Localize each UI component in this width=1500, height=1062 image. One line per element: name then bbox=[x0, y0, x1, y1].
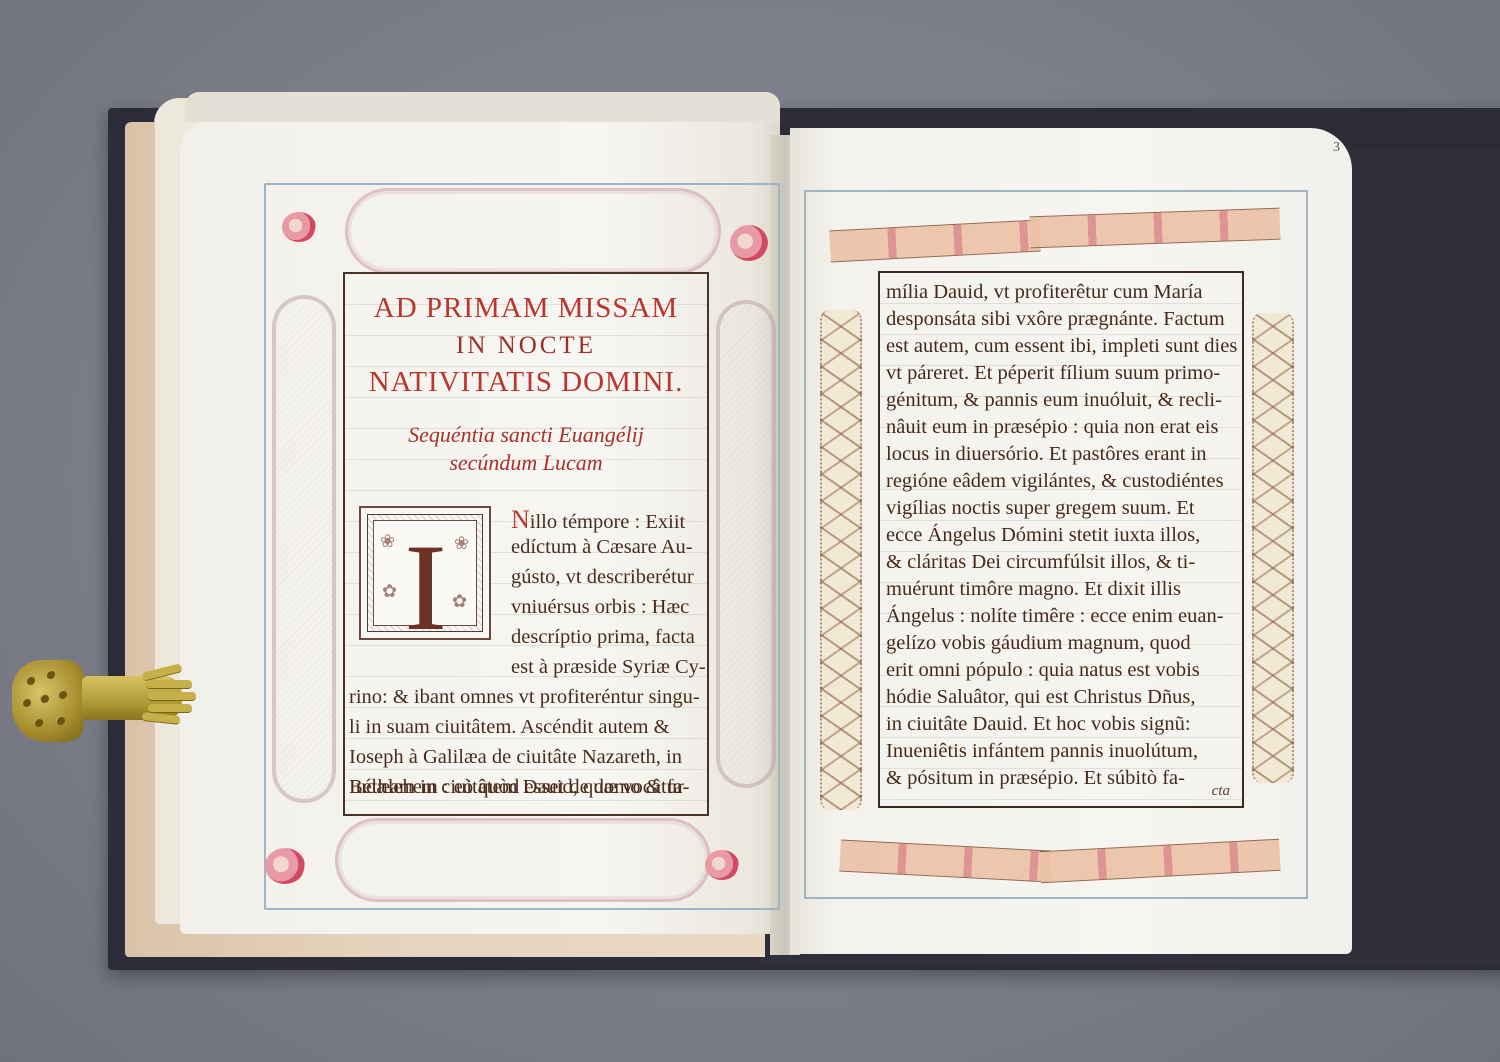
initial-letter: I bbox=[374, 517, 476, 659]
rubric-letter: N bbox=[511, 505, 530, 534]
text-line: & pósitum in præsépio. Et súbitò fa- bbox=[886, 767, 1185, 790]
text-line: desponsáta sibi vxôre prægnánte. Factum bbox=[886, 308, 1225, 331]
top-cartouche-left bbox=[345, 188, 721, 274]
initial-field: ❀ ❀ ✿ ✿ I bbox=[373, 520, 477, 626]
text-line: vt páreret. Et péperit fílium suum primo… bbox=[886, 362, 1220, 385]
text-line: nâuit eum in præsépio : quia non erat ei… bbox=[886, 416, 1218, 439]
clip-cuff bbox=[12, 660, 84, 742]
text-line: vigílias noctis super gregem suum. Et bbox=[886, 497, 1195, 520]
text-line: regióne eâdem vigilántes, & custodiéntes bbox=[886, 470, 1224, 493]
text-line: génitum, & pannis eum inuóluit, & recli- bbox=[886, 389, 1222, 412]
text-line: descríptio prima, facta bbox=[511, 626, 695, 649]
text-line: & cláritas Dei circumfúlsit illos, & ti- bbox=[886, 551, 1195, 574]
text-line: muérunt timôre magno. Et dixit illis bbox=[886, 578, 1181, 601]
text-line: Ioseph à Galilæa de ciuitâte Nazareth, i… bbox=[349, 746, 682, 769]
flower-ornament bbox=[265, 848, 305, 884]
left-vertical-cartouche bbox=[272, 295, 336, 803]
text-line: edíctum à Cæsare Au- bbox=[511, 536, 693, 559]
flower-ornament bbox=[282, 212, 316, 242]
flower-ornament bbox=[730, 225, 768, 261]
title-line-2: IN NOCTE bbox=[345, 332, 707, 360]
twisted-column-ornament bbox=[820, 310, 862, 810]
text-line: est à præside Syriæ Cy- bbox=[511, 656, 706, 679]
text-line: gústo, vt describerétur bbox=[511, 566, 694, 589]
clip-hand bbox=[82, 676, 182, 720]
catchword: cta bbox=[1212, 783, 1230, 800]
illuminated-initial: ❀ ❀ ✿ ✿ I bbox=[359, 506, 491, 640]
right-text-block: mília Dauid, vt profiterêtur cum María d… bbox=[878, 271, 1244, 808]
text-line: li in suam ciuitâtem. Ascéndit autem & bbox=[349, 716, 670, 739]
text-line: Béthlehem : eò quòd esset de domo & fa- bbox=[349, 776, 689, 799]
subtitle-line-1: Sequéntia sancti Euangélij bbox=[345, 422, 707, 448]
text-line: gelízo vobis gáudium magnum, quod bbox=[886, 632, 1191, 655]
title-line-3: NATIVITATIS DOMINI. bbox=[345, 366, 707, 399]
brass-hand-clip-icon bbox=[12, 660, 182, 742]
text-line: ecce Ángelus Dómini stetit iuxta illos, bbox=[886, 524, 1200, 547]
page-stack-top bbox=[185, 92, 780, 122]
text-line: hódie Saluâtor, qui est Christus Dñus, bbox=[886, 686, 1196, 709]
text-line: vniuérsus orbis : Hæc bbox=[511, 596, 689, 619]
twisted-column-ornament bbox=[1252, 313, 1294, 783]
text-line: est autem, cum essent ibi, impleti sunt … bbox=[886, 335, 1237, 358]
bottom-cartouche-left bbox=[335, 818, 711, 902]
left-text-block: AD PRIMAM MISSAM IN NOCTE NATIVITATIS DO… bbox=[343, 272, 709, 816]
folio-number: 3 bbox=[1333, 140, 1340, 156]
text-line: mília Dauid, vt profiterêtur cum María bbox=[886, 281, 1203, 304]
right-vertical-cartouche bbox=[716, 300, 776, 788]
text-line: locus in diuersório. Et pastôres erant i… bbox=[886, 443, 1207, 466]
text-line: Nillo témpore : Exiit bbox=[511, 505, 685, 535]
text-line: Inueniêtis infántem pannis inuolútum, bbox=[886, 740, 1198, 763]
text-fragment: illo témpore : Exiit bbox=[530, 511, 685, 533]
subtitle-line-2: secúndum Lucam bbox=[345, 450, 707, 476]
text-line: Ángelus : nolíte timêre : ecce enim euan… bbox=[886, 605, 1224, 628]
initial-border: ❀ ❀ ✿ ✿ I bbox=[367, 514, 483, 632]
text-line: in ciuitâte Dauid. Et hoc vobis signũ: bbox=[886, 713, 1191, 736]
title-line-1: AD PRIMAM MISSAM bbox=[345, 292, 707, 325]
flower-ornament bbox=[705, 850, 739, 880]
text-line: erit omni pópulo : quia natus est vobis bbox=[886, 659, 1200, 682]
text-line: rino: & ibant omnes vt profiteréntur sin… bbox=[349, 686, 700, 709]
